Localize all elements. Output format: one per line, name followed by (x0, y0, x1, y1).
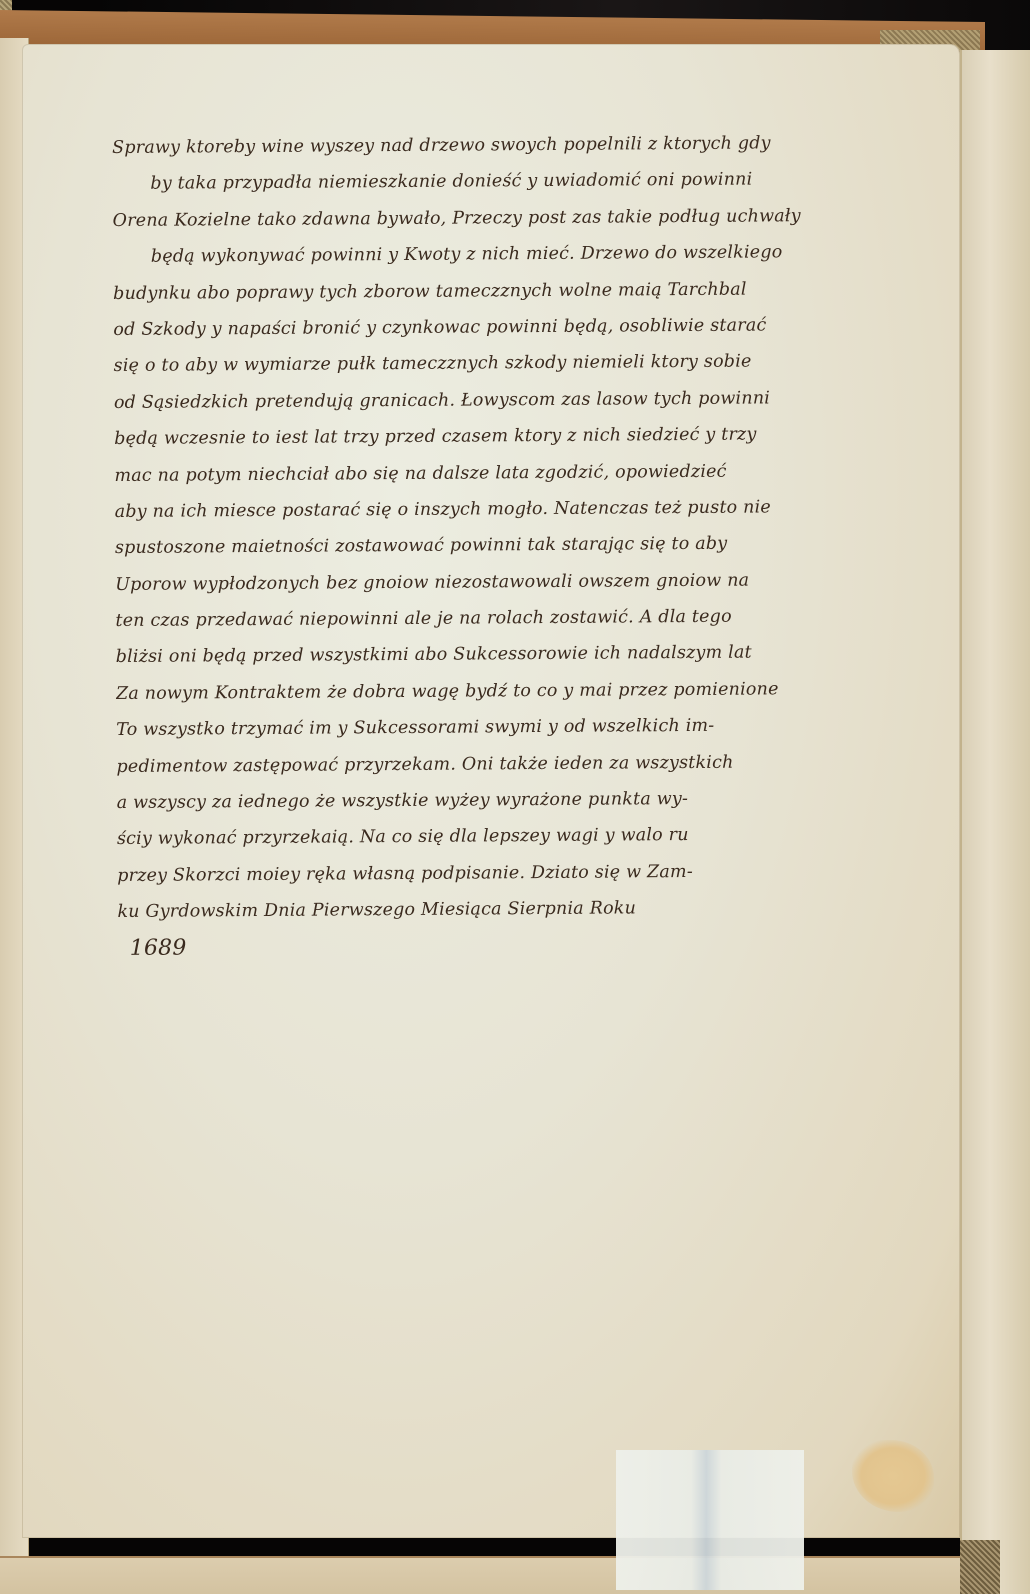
text-line: będą wczesnie to iest lat trzy przed cza… (114, 415, 964, 457)
text-line: a wszyscy za iednego że wszystkie wyżey … (117, 779, 967, 821)
text-line: przey Skorzci moiey ręka własną podpisan… (117, 852, 967, 894)
text-line: ten czas przedawać niepowinni ale je na … (115, 597, 965, 639)
text-line: bliżsi oni będą przed wszystkimi abo Suk… (116, 634, 966, 676)
text-line: Za nowym Kontraktem że dobra wagę bydź t… (116, 670, 966, 712)
manuscript-text: Sprawy ktoreby wine wyszey nad drzewo sw… (112, 124, 968, 967)
text-line: spustoszone maietności zostawować powinn… (115, 524, 965, 566)
text-line: od Sąsiedzkich pretendują granicach. Łow… (114, 379, 964, 421)
text-line: To wszystko trzymać im y Sukcessorami sw… (116, 706, 966, 748)
text-line: budynku abo poprawy tych zborow tameczzn… (113, 270, 963, 312)
corner-binding-cloth (960, 1540, 1000, 1594)
text-line: mac na potym niechciał abo się na dalsze… (114, 452, 964, 494)
repair-tape-patch (616, 1450, 804, 1590)
text-line: będą wykonywać powinni y Kwoty z nich mi… (113, 233, 963, 275)
text-line: ściy wykonać przyrzekaią. Na co się dla … (117, 815, 967, 857)
underlying-page-strip (0, 1556, 960, 1594)
text-line: Uporow wypłodzonych bez gnoiow niezostaw… (115, 561, 965, 603)
text-line: pedimentow zastępować przyrzekam. Oni ta… (116, 743, 966, 785)
text-line: ku Gyrdowskim Dnia Pierwszego Miesiąca S… (117, 888, 967, 930)
text-line: by taka przypadła niemieszkanie donieść … (112, 160, 962, 202)
text-line: od Szkody y napaści bronić y czynkowac p… (113, 306, 963, 348)
text-line: się o to aby w wymiarze pułk tameczznych… (114, 342, 964, 384)
text-line: Sprawy ktoreby wine wyszey nad drzewo sw… (112, 124, 962, 166)
text-line: Orena Kozielne tako zdawna bywało, Przec… (113, 197, 963, 239)
right-page-edge (960, 50, 1030, 1594)
text-line: aby na ich miesce postarać się o inszych… (115, 488, 965, 530)
date-year: 1689 (118, 925, 968, 967)
